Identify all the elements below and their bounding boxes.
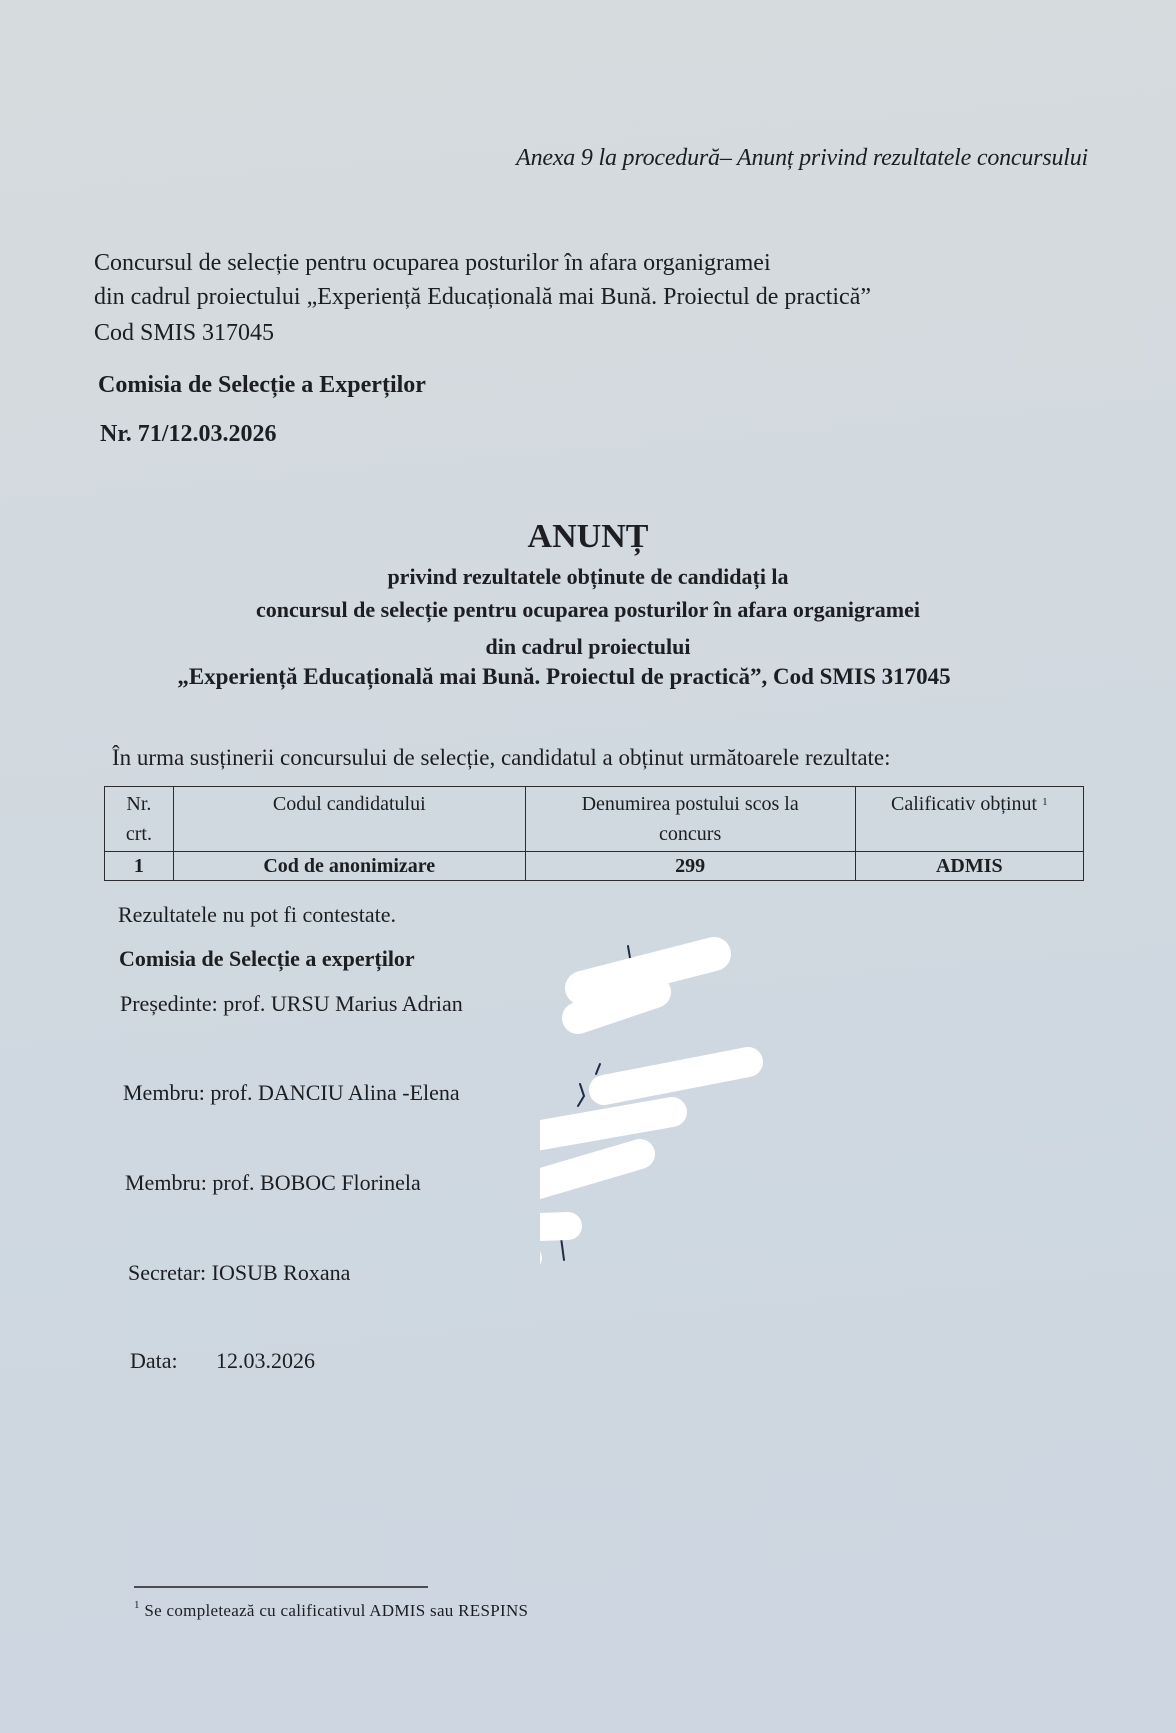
annex-header: Anexa 9 la procedură– Anunț privind rezu…	[516, 145, 1088, 172]
cell-nr: 1	[105, 852, 174, 881]
intro-line-3: Cod SMIS 317045	[94, 320, 274, 347]
table-row: 1 Cod de anonimizare 299 ADMIS	[105, 852, 1084, 881]
commission-name: Comisia de Selecție a Experților	[98, 372, 426, 399]
signatures-heading: Comisia de Selecție a experților	[119, 946, 415, 972]
header-nr-line1: Nr.	[126, 793, 151, 815]
header-nr-line2: crt.	[126, 823, 152, 845]
table-header-row: Nr. crt. Codul candidatului Denumirea po…	[105, 787, 1084, 852]
subtitle-line-1: privind rezultatele obținute de candidaț…	[0, 564, 1176, 590]
intro-line-1: Concursul de selecție pentru ocuparea po…	[94, 250, 771, 277]
results-table: Nr. crt. Codul candidatului Denumirea po…	[104, 786, 1084, 881]
header-post-line2: concurs	[659, 823, 721, 845]
date-label: Data:	[130, 1348, 178, 1374]
footnote-text: Se completează cu calificativul ADMIS sa…	[144, 1601, 528, 1620]
results-lead-text: În urma susținerii concursului de selecț…	[112, 745, 891, 771]
subtitle-line-4: „Experiență Educațională mai Bună. Proie…	[0, 664, 1152, 690]
header-post: Denumirea postului scos la concurs	[525, 787, 855, 852]
footnote-number: 1	[134, 1599, 140, 1611]
appeal-note: Rezultatele nu pot fi contestate.	[118, 902, 396, 928]
document-number: Nr. 71/12.03.2026	[100, 421, 276, 448]
cell-code: Cod de anonimizare	[173, 852, 525, 881]
member-1: Membru: prof. DANCIU Alina -Elena	[123, 1080, 460, 1106]
header-result: Calificativ obținut 1	[855, 787, 1083, 852]
member-secretary: Secretar: IOSUB Roxana	[128, 1260, 350, 1286]
date-value: 12.03.2026	[216, 1348, 315, 1374]
header-post-line1: Denumirea postului scos la	[582, 793, 799, 815]
header-nr: Nr. crt.	[105, 787, 174, 852]
header-result-label: Calificativ obținut	[891, 793, 1037, 815]
footnote-marker: 1	[1042, 796, 1048, 808]
intro-line-2: din cadrul proiectului „Experiență Educa…	[94, 284, 871, 311]
member-president: Președinte: prof. URSU Marius Adrian	[120, 991, 463, 1017]
redacted-signatures	[540, 930, 800, 1300]
cell-post: 299	[525, 852, 855, 881]
page-title: ANUNȚ	[0, 518, 1176, 556]
member-2: Membru: prof. BOBOC Florinela	[125, 1170, 421, 1196]
cell-result: ADMIS	[855, 852, 1083, 881]
subtitle-line-2: concursul de selecție pentru ocuparea po…	[0, 597, 1176, 623]
header-code: Codul candidatului	[173, 787, 525, 852]
footnote: 1 Se completează cu calificativul ADMIS …	[134, 1601, 528, 1621]
document-page: Anexa 9 la procedură– Anunț privind rezu…	[0, 0, 1176, 1733]
footnote-divider	[134, 1586, 428, 1588]
subtitle-line-3: din cadrul proiectului	[0, 634, 1176, 660]
